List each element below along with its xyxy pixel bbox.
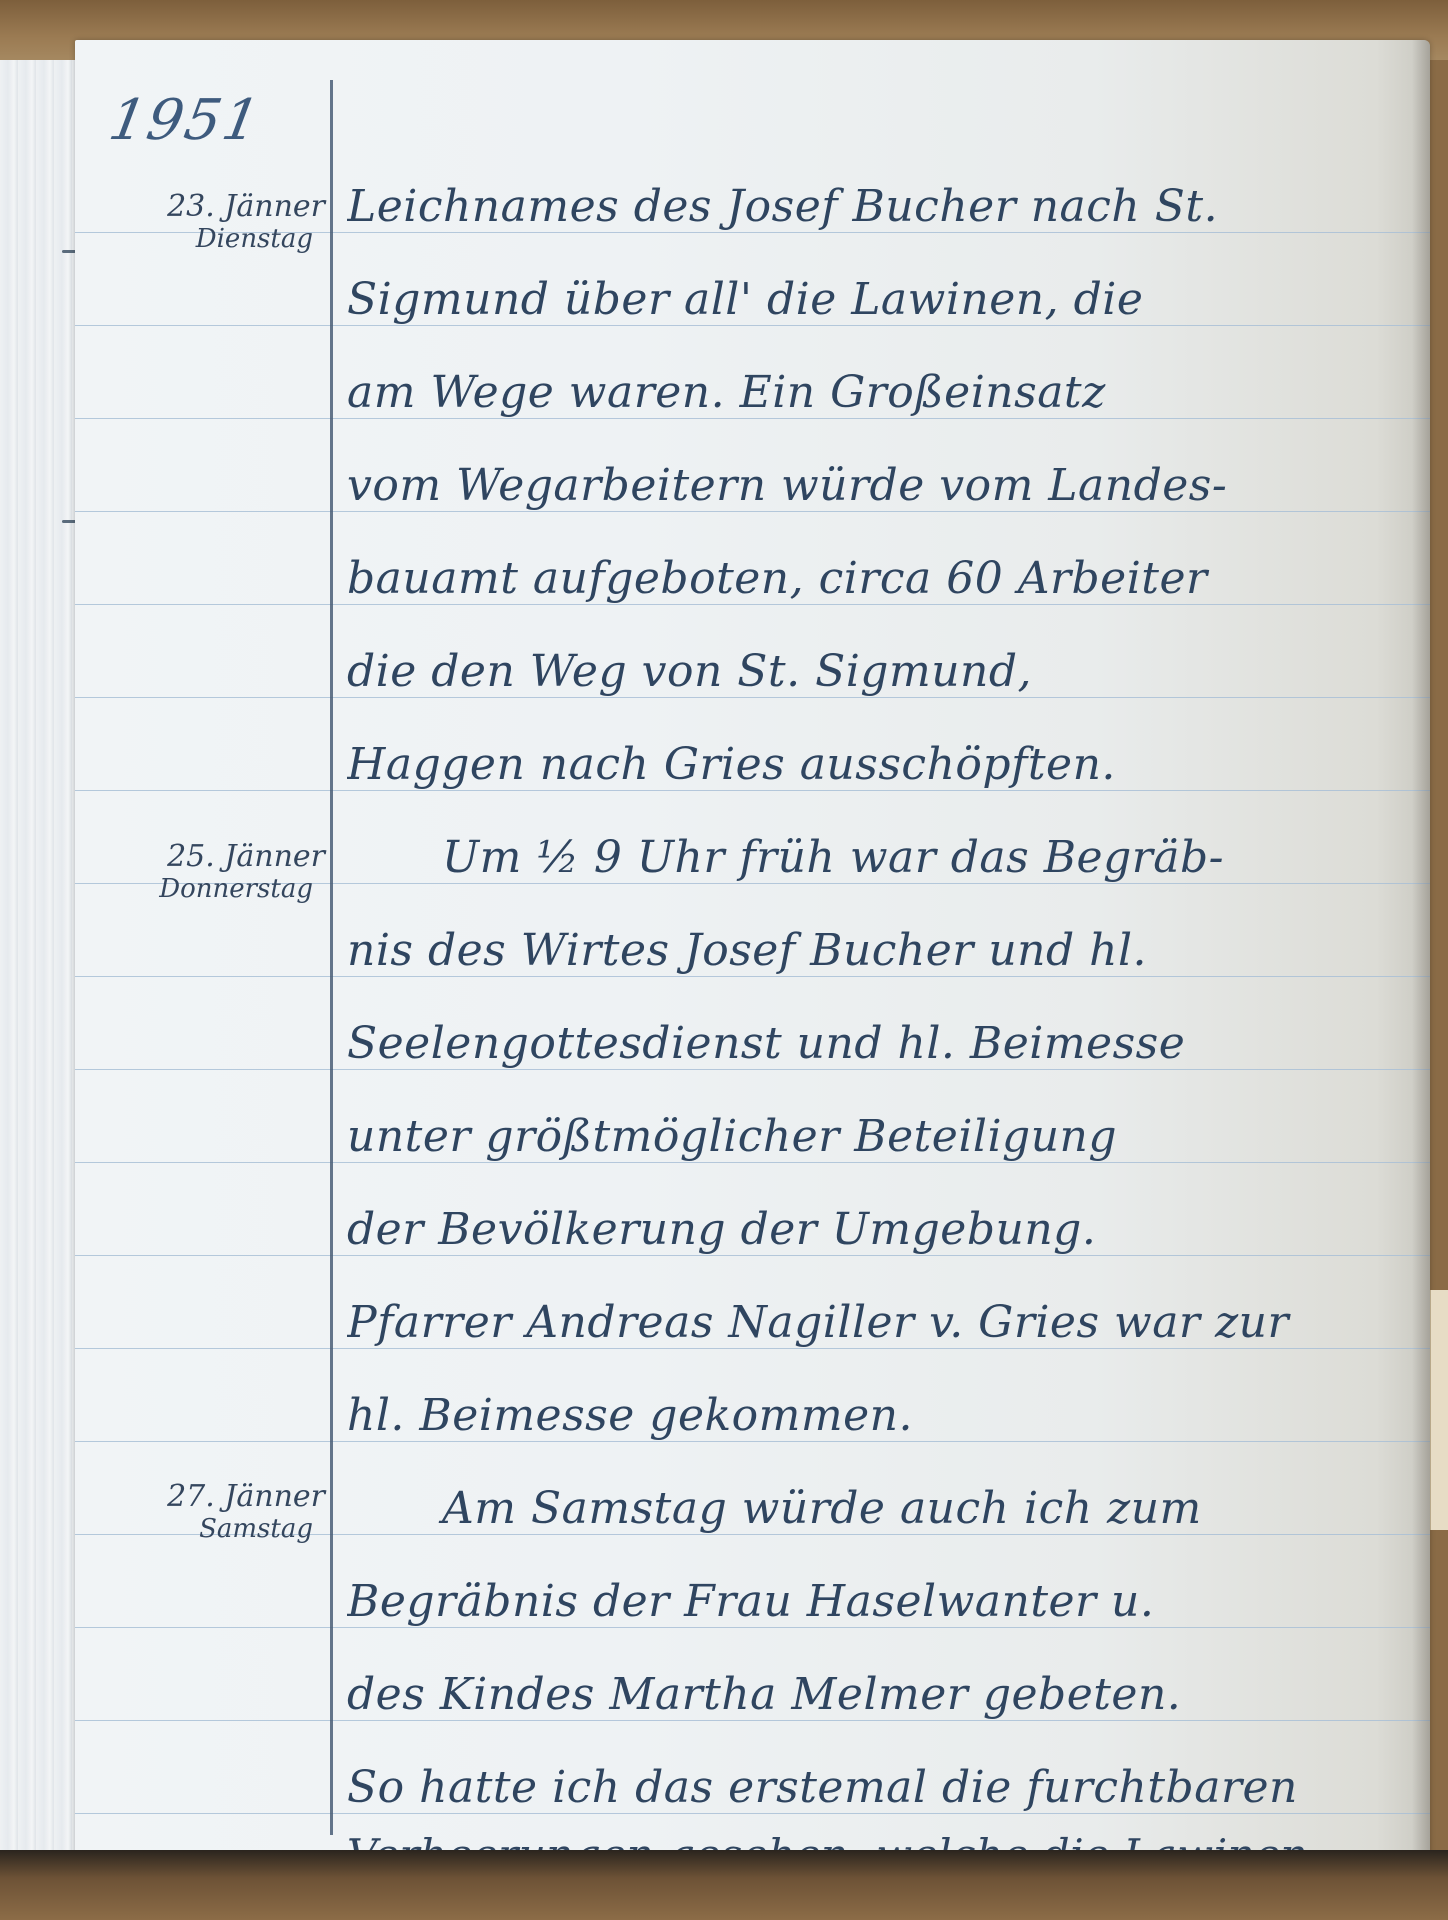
page-stack-edges (0, 60, 81, 1860)
desk-background-bottom (0, 1850, 1448, 1920)
entry-line: Um ½ 9 Uhr früh war das Begräb- (347, 833, 1417, 883)
ruled-line (75, 1255, 1430, 1256)
weekday-label: Samstag (95, 1514, 325, 1544)
ruled-line (75, 697, 1430, 698)
ruled-line (75, 325, 1430, 326)
ruled-line (75, 1720, 1430, 1721)
year-heading: 1951 (104, 88, 266, 153)
entry-line: Haggen nach Gries ausschöpften. (347, 740, 1417, 790)
entry-line: Sigmund über all' die Lawinen, die (347, 275, 1417, 325)
ruled-line (75, 511, 1430, 512)
date-label: 27. Jänner (95, 1480, 325, 1514)
ruled-line (75, 790, 1430, 791)
page-edge-mark (62, 520, 76, 523)
entry-line: Pfarrer Andreas Nagiller v. Gries war zu… (347, 1298, 1417, 1348)
weekday-label: Donnerstag (95, 874, 325, 904)
entry-date-1: 23. Jänner Dienstag (95, 190, 325, 254)
weekday-label: Dienstag (95, 224, 325, 254)
entry-line: Leichnames des Josef Bucher nach St. (347, 182, 1417, 232)
ruled-line (75, 976, 1430, 977)
entry-date-2: 25. Jänner Donnerstag (95, 840, 325, 904)
page-curl-shadow (1412, 40, 1430, 1870)
entry-line: der Bevölkerung der Umgebung. (347, 1205, 1417, 1255)
entry-date-3: 27. Jänner Samstag (95, 1480, 325, 1544)
ruled-line (75, 1627, 1430, 1628)
ruled-line (75, 604, 1430, 605)
entry-line: So hatte ich das erstemal die furchtbare… (347, 1763, 1417, 1813)
entry-line: die den Weg von St. Sigmund, (347, 647, 1417, 697)
entry-line: am Wege waren. Ein Großeinsatz (347, 368, 1417, 418)
entry-line: hl. Beimesse gekommen. (347, 1391, 1417, 1441)
entry-line: unter größtmöglicher Beteiligung (347, 1112, 1417, 1162)
entry-line: nis des Wirtes Josef Bucher und hl. (347, 926, 1417, 976)
page-edge-mark (62, 250, 76, 253)
bookmark-tab (1430, 1290, 1448, 1530)
ruled-line (75, 1162, 1430, 1163)
ruled-line (75, 1813, 1430, 1814)
entry-line: Begräbnis der Frau Haselwanter u. (347, 1577, 1417, 1627)
entry-line: Am Samstag würde auch ich zum (347, 1484, 1417, 1534)
ruled-line (75, 418, 1430, 419)
ruled-line (75, 1441, 1430, 1442)
entry-line: bauamt aufgeboten, circa 60 Arbeiter (347, 554, 1417, 604)
entry-line: vom Wegarbeitern würde vom Landes- (347, 461, 1417, 511)
entry-line: des Kindes Martha Melmer gebeten. (347, 1670, 1417, 1720)
entry-line: Seelengottesdienst und hl. Beimesse (347, 1019, 1417, 1069)
diary-page: 1951 23. Jänner Dienstag Leichnames des … (75, 40, 1430, 1870)
date-label: 23. Jänner (95, 190, 325, 224)
date-label: 25. Jänner (95, 840, 325, 874)
ruled-line (75, 1348, 1430, 1349)
ruled-line (75, 1069, 1430, 1070)
margin-line (330, 80, 333, 1835)
